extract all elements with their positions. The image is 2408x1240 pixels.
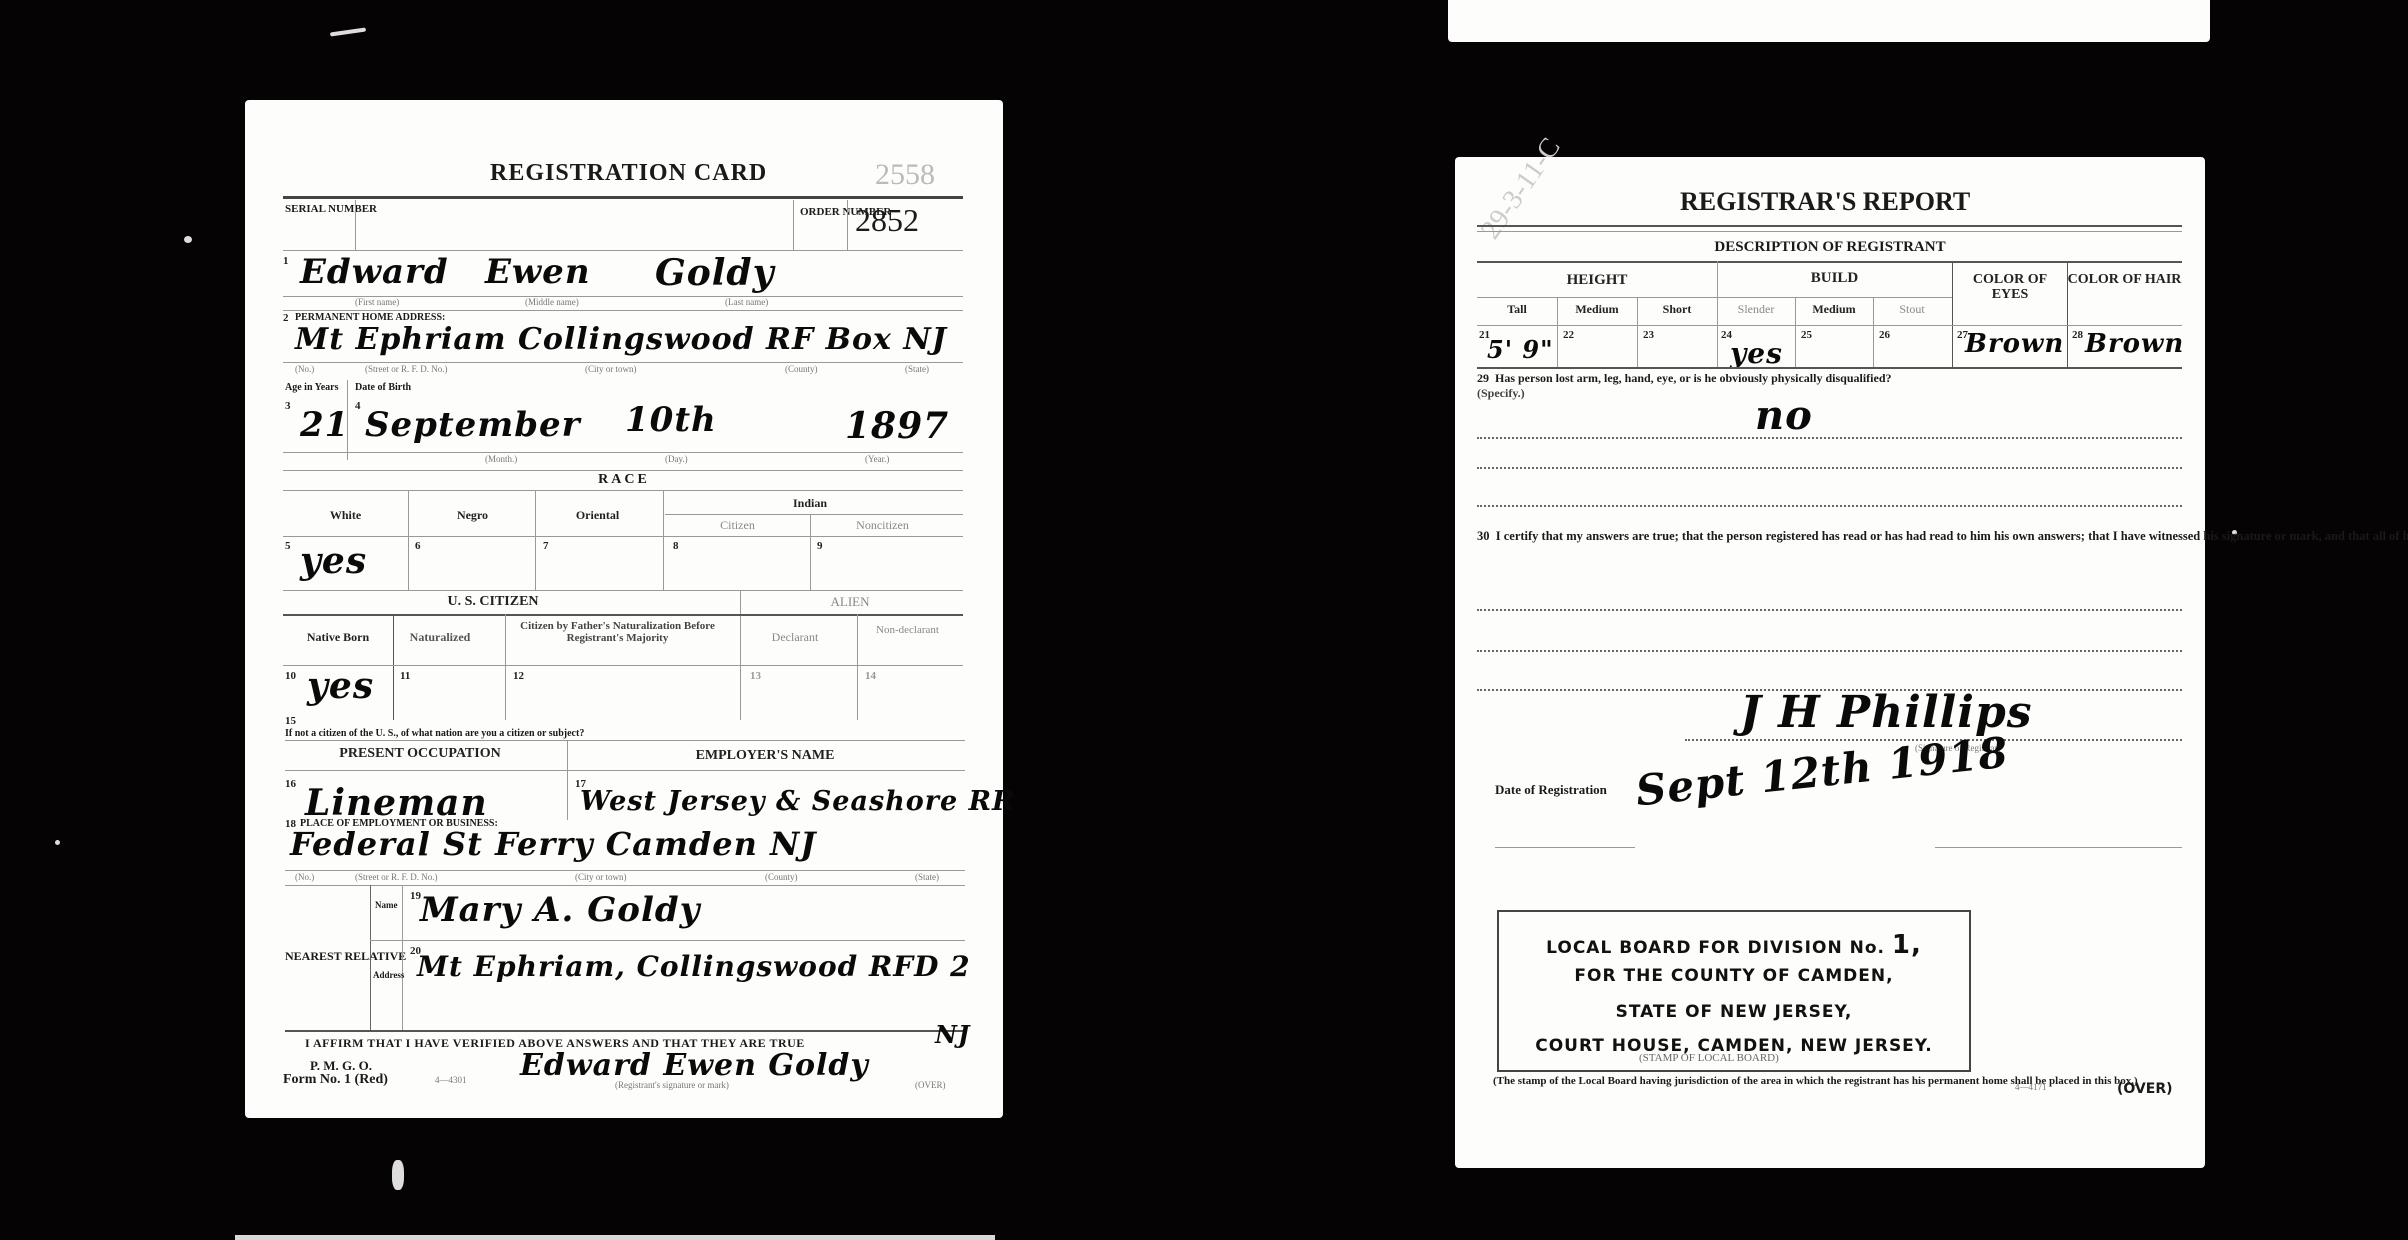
local-board-stamp: LOCAL BOARD FOR DIVISION No. 1, FOR THE … [1497,910,1971,1072]
nearest-relative-label: NEAREST RELATIVE [285,950,355,963]
q29-answer: no [1755,392,1813,439]
employer-value: West Jersey & Seashore RR [580,786,1015,817]
adjacent-card-fragment-bottom [235,1235,995,1240]
birth-day: 10th [625,400,717,440]
birth-month: September [365,405,581,445]
age-value: 21 [300,405,349,445]
middle-name: Ewen [485,252,591,292]
place-of-employment-value: Federal St Ferry Camden NJ [290,825,816,863]
race-white-value: yes [300,540,367,582]
relative-address: Mt Ephriam, Collingswood RFD 2 [417,950,971,983]
over-label: (OVER) [2117,1081,2173,1097]
relative-name: Mary A. Goldy [420,890,700,930]
hair-color-value: Brown [2085,329,2184,359]
last-name: Goldy [655,252,775,294]
home-address: Mt Ephriam Collingswood RF Box NJ [295,322,947,357]
registrant-signature: Edward Ewen Goldy [520,1048,869,1083]
margin-note: 29-3-11-C [1475,132,1568,245]
description-heading: DESCRIPTION OF REGISTRANT [1455,239,2205,256]
stamped-number: 2558 [875,158,935,192]
serial-number-label: SERIAL NUMBER [285,203,345,215]
height-tall-value: 5' 9" [1487,335,1554,364]
film-speck [184,236,192,243]
nation-question: If not a citizen of the U. S., of what n… [285,728,584,739]
stamp-note: (The stamp of the Local Board having jur… [1493,1075,1953,1088]
registration-card: REGISTRATION CARD 2558 SERIAL NUMBER ORD… [245,100,1003,1118]
card-title: REGISTRATION CARD [490,160,767,187]
form-id: Form No. 1 (Red) [283,1072,388,1088]
film-speck [55,840,60,845]
build-slender-value: yes [1730,337,1783,370]
order-number-value: 2852 [855,202,919,239]
q30-text: 30 I certify that my answers are true; t… [1477,529,2182,543]
eye-color-value: Brown [1965,329,2064,359]
report-title: REGISTRAR'S REPORT [1680,187,1970,217]
native-born-value: yes [307,665,374,707]
first-name: Edward [300,252,449,292]
adjacent-card-fragment [1448,0,2210,42]
birth-year: 1897 [845,405,949,447]
date-of-registration-label: Date of Registration [1495,782,1607,798]
q29-text: 29 Has person lost arm, leg, hand, eye, … [1477,371,2182,386]
race-heading: RACE [245,472,1003,488]
affirmation-state: NJ [935,1020,970,1049]
order-number-label: ORDER NUMBER [800,206,850,218]
film-speck [392,1160,404,1190]
registrars-report-card: REGISTRAR'S REPORT 29-3-11-C DESCRIPTION… [1455,157,2205,1168]
film-speck [330,28,366,37]
